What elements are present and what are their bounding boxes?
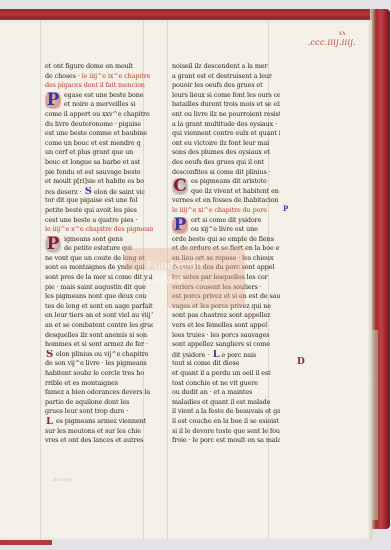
text-line: il vient a la feste de beauvais et gar: [172, 407, 280, 417]
text-line: orde beste qui se emple de fiens: [172, 235, 280, 245]
text-line: les pigmeans nont que deux cou: [45, 292, 153, 302]
text-line: habitent soubz le cercle tres ho: [45, 369, 153, 379]
line-text: est une beste comme et baubine: [45, 129, 147, 137]
text-line: sons des plumes des oysiaux et: [172, 148, 280, 158]
text-line: des pigaces dont il fait mencion: [45, 81, 153, 91]
text-line: et moult p[ri]sie et habite es bo: [45, 177, 153, 187]
line-text: rrible et es montaignes: [45, 379, 118, 387]
text-line: petite beste qui avoit les pies: [45, 206, 153, 216]
line-text: des oeufs des grues qui il ont: [172, 158, 264, 166]
line-text: sont pres de la mer si come dit ysi: [45, 273, 153, 281]
line-text: si il le devore toste que sent le fou: [172, 427, 280, 435]
text-line: noiseil ilz descendent a la mer: [172, 62, 280, 72]
folio-number: xx .ccc.iiij.iiij.: [308, 29, 356, 47]
text-line: sont es montaignes de ynde qui: [45, 263, 153, 273]
text-line: et quant il a perdu un oeil il est: [172, 369, 280, 379]
text-line: qui viennent contre eulx et quant ilz: [172, 129, 280, 139]
text-line: tor dit que pigaise est une fol: [45, 196, 153, 206]
text-line: vres et ont des lances et autres: [45, 436, 153, 446]
rubric-text: le iiij^e xi^e chapitre du pore: [172, 206, 267, 214]
line-text: petite beste qui avoit les pies: [45, 206, 137, 214]
line-text: et quant il a perdu un oeil il est: [172, 369, 271, 377]
marginal-initial-mark: P: [283, 204, 288, 213]
text-line: Les pigmeans armez viennent: [45, 417, 153, 427]
line-text: et de ordure et se fiert en la boe et: [172, 244, 280, 252]
text-line: en leur tiers an et sont viel au viij^e: [45, 311, 153, 321]
small-initial: S: [45, 350, 54, 360]
line-text: que ilz vivent et habitent en ca: [191, 187, 280, 195]
small-initial: L: [45, 417, 54, 427]
text-line: pie fendu et est sauvage beste: [45, 168, 153, 178]
line-text: ont eu victoire ilz font leur mai: [172, 139, 269, 147]
text-line: vers et les femelles sont appel: [172, 321, 280, 331]
line-text: pie · mais saint augustin dit que: [45, 283, 146, 291]
text-line: en lieu ort se repose · les chieux: [172, 254, 280, 264]
line-text: ent ou livre ilz ne pourroient resister: [172, 110, 280, 118]
text-line: que ilz vivent et habitent en ca: [191, 187, 280, 197]
rubric-text: le iiij^e ix^e chapitre: [80, 72, 151, 80]
text-line: grues leur sont trop dure ·: [45, 407, 153, 417]
text-line: es pigmeans dit aristote: [191, 177, 280, 187]
text-line: les setes par lesquelles les cor: [172, 273, 280, 283]
text-line: ent ou livre ilz ne pourroient resister: [172, 110, 280, 120]
line-text: sur les moutons et sur les chie: [45, 427, 141, 435]
decorated-initial: P: [172, 217, 188, 234]
text-line: de choses · le iiij^e ix^e chapitre: [45, 72, 153, 82]
text-line: tost conchie et ne vit guere: [172, 379, 280, 389]
manuscript-scene: xx .ccc.iiij.iiij. de la ya et ont figur…: [0, 0, 391, 550]
left-text-column: et ont figure dome en moultde choses · l…: [45, 62, 153, 446]
line-text: partie de aquilone dont les: [45, 398, 129, 406]
line-text: es pigmeans dit aristote: [191, 177, 267, 185]
line-text: sont appellez sangliers si come: [172, 340, 270, 348]
line-text: vages et les porcs privez qui ne: [172, 302, 271, 310]
rubric-text: le iiij^e x^e chapitre des pigmeans: [45, 225, 153, 233]
line-text: vernes et en fosses de lhabitacion: [172, 196, 278, 204]
line-text: a la grant multitude des oysiaux ·: [172, 120, 277, 128]
text-line: lees truies · les porcs sauvages: [172, 331, 280, 341]
line-text: qui viennent contre eulx et quant ilz: [172, 129, 280, 137]
line-text: dessus le dos du porc sont appel: [172, 263, 274, 271]
line-text: de petite estature qui: [64, 244, 132, 252]
faint-bottom-note: de la ya: [53, 477, 73, 483]
line-text: grues leur sont trop dure ·: [45, 407, 128, 415]
text-line: Selon plinius ou vij^e chapitre: [45, 350, 153, 360]
text-line: vernes et en fosses de lhabitacion: [172, 196, 280, 206]
line-text: hommes et si sont armez de fer ·: [45, 340, 148, 348]
text-line: et ont figure dome en moult: [45, 62, 153, 72]
line-text: leurs lieux si come font les ours ces: [172, 91, 280, 99]
line-text: veriers cousent les souliers ·: [172, 283, 262, 291]
line-text: noiseil ilz descendent a la mer: [172, 62, 267, 70]
line-text: vers et les femelles sont appel: [172, 321, 267, 329]
line-text: tes de long et sont en aage parfait: [45, 302, 153, 310]
line-text: ou dudit an · et a maintes: [172, 388, 252, 396]
text-line: sont pas chastrez sont appellez: [172, 311, 280, 321]
text-line: vages et les porcs privez qui ne: [172, 302, 280, 312]
line-text: res deserz ·: [45, 188, 81, 196]
ruling-line: [40, 20, 41, 540]
text-line: maladies et quant il est malade: [172, 398, 280, 408]
line-text: vres et ont des lances et autres: [45, 436, 143, 444]
line-text: sont es montaignes de ynde qui: [45, 263, 144, 271]
text-line: desconfites si come dit plinius ·: [172, 168, 280, 178]
line-text: famez a bien odorances devers la: [45, 388, 150, 396]
line-text: habitent soubz le cercle tres ho: [45, 369, 144, 377]
small-initial: S: [81, 187, 92, 197]
text-line: res deserz · Selon de saint vic: [45, 187, 153, 197]
decorated-initial: P: [45, 236, 61, 253]
text-line: batailles durent trois mois et se elz av…: [172, 100, 280, 110]
text-line: ou dudit an · et a maintes: [172, 388, 280, 398]
text-line: froie · le porc est moult en sa maladie: [172, 436, 280, 446]
text-line: sont pres de la mer si come dit ysi: [45, 273, 153, 283]
decorated-initial: C: [172, 178, 188, 195]
text-line: pie · mais saint augustin dit que: [45, 283, 153, 293]
line-text: en lieu ort se repose · les chieux: [172, 254, 273, 262]
line-text: bouc et longue sa barbe et ast: [45, 158, 140, 166]
line-text: come il appert ou xxv^e chapitre: [45, 110, 150, 118]
text-line: sur les moutons et sur les chie: [45, 427, 153, 437]
text-line: de petite estature qui: [64, 244, 153, 254]
line-text: est porcs privez et si en est de sau: [172, 292, 280, 300]
text-line: famez a bien odorances devers la: [45, 388, 153, 398]
line-text: de son vij^e livre · les pigmeans: [45, 359, 147, 367]
line-text: les pigmeans nont que deux cou: [45, 292, 146, 300]
line-text: desconfites si come dit plinius ·: [172, 168, 271, 176]
text-line: est porcs privez et si en est de sau: [172, 292, 280, 302]
line-text: ne vont que un coute de long et: [45, 254, 145, 262]
line-text: batailles durent trois mois et se elz av…: [172, 100, 280, 108]
text-line: a grant ost et destruisent a leur: [172, 72, 280, 82]
line-text: du livre deuteronome · pigaise: [45, 120, 141, 128]
text-line: tout si come dit diose: [172, 359, 280, 369]
line-text: e porc nais: [222, 351, 257, 359]
text-line: come il appert ou xxv^e chapitre: [45, 110, 153, 120]
text-line: egase est une beste bone: [64, 91, 153, 101]
line-text: dit ysidore ·: [172, 351, 209, 359]
decorated-initial: P: [45, 92, 61, 109]
line-text: de choses ·: [45, 72, 80, 80]
line-text: igmeans sont gens: [64, 235, 123, 243]
text-line: bouc et longue sa barbe et ast: [45, 158, 153, 168]
line-text: en leur tiers an et sont viel au viij^e: [45, 311, 153, 319]
text-line: ont eu victoire ilz font leur mai: [172, 139, 280, 149]
text-line: si il le devore toste que sent le fou: [172, 427, 280, 437]
line-text: ort si come dit ysidore: [191, 216, 261, 224]
line-text: elon plinius ou vij^e chapitre: [56, 350, 148, 358]
line-text: elon de saint vic: [94, 188, 145, 196]
text-line: et noire a merveilles si: [64, 100, 153, 110]
text-line: igmeans sont gens: [64, 235, 153, 245]
line-text: a grant ost et destruisent a leur: [172, 72, 272, 80]
line-text: tout si come dit diose: [172, 359, 239, 367]
line-text: lees truies · les porcs sauvages: [172, 331, 269, 339]
text-line: ou xij^e livre est une: [191, 225, 280, 235]
text-line: desquelles ilz sont anemis si son: [45, 331, 153, 341]
line-text: sons des plumes des oysiaux et: [172, 148, 270, 156]
line-text: cest une beste a quatre pies ·: [45, 216, 137, 224]
line-text: froie · le porc est moult en sa maladie: [172, 436, 280, 444]
line-text: il vient a la feste de beauvais et gar: [172, 407, 280, 415]
folio-superscript: xx: [308, 29, 346, 38]
line-text: ou xij^e livre est une: [191, 225, 258, 233]
folio-number-text: .ccc.iiij.iiij.: [308, 38, 356, 47]
line-text: pouoir les oeufs des grues et: [172, 81, 263, 89]
text-line: hommes et si sont armez de fer ·: [45, 340, 153, 350]
text-line: dessus le dos du porc sont appel: [172, 263, 280, 273]
text-line: an et se combatent contre les grues: [45, 321, 153, 331]
text-line: leurs lieux si come font les ours ces: [172, 91, 280, 101]
line-text: et moult p[ri]sie et habite es bo: [45, 177, 144, 185]
text-line: le iiij^e xi^e chapitre du pore: [172, 206, 280, 216]
line-text: il est couche en la boe il se esioist: [172, 417, 279, 425]
text-line: le iiij^e x^e chapitre des pigmeans: [45, 225, 153, 235]
line-text: tost conchie et ne vit guere: [172, 379, 258, 387]
text-line: dit ysidore · Le porc nais: [172, 350, 280, 360]
text-line: come un bouc et est mendre q: [45, 139, 153, 149]
right-text-column: noiseil ilz descendent a la mera grant o…: [172, 62, 280, 446]
line-text: pie fendu et est sauvage beste: [45, 168, 141, 176]
text-line: tes de long et sont en aage parfait: [45, 302, 153, 312]
text-line: pouoir les oeufs des grues et: [172, 81, 280, 91]
line-text: et noire a merveilles si: [64, 100, 136, 108]
ruling-line: [167, 20, 168, 540]
text-line: un cerf et plus grant que un: [45, 148, 153, 158]
text-line: est une beste comme et baubine: [45, 129, 153, 139]
text-line: il est couche en la boe il se esioist: [172, 417, 280, 427]
text-line: ne vont que un coute de long et: [45, 254, 153, 264]
line-text: et ont figure dome en moult: [45, 62, 133, 70]
line-text: egase est une beste bone: [64, 91, 143, 99]
line-text: an et se combatent contre les grues: [45, 321, 153, 329]
line-text: orde beste qui se emple de fiens: [172, 235, 274, 243]
text-line: sont appellez sangliers si come: [172, 340, 280, 350]
binding-bottom-edge: [0, 540, 52, 545]
rubric-text: des pigaces dont il fait mencion: [45, 81, 145, 89]
text-line: des oeufs des grues qui il ont: [172, 158, 280, 168]
text-line: du livre deuteronome · pigaise: [45, 120, 153, 130]
line-text: les setes par lesquelles les cor: [172, 273, 268, 281]
text-line: de son vij^e livre · les pigmeans: [45, 359, 153, 369]
line-text: maladies et quant il est malade: [172, 398, 270, 406]
small-initial: L: [209, 350, 219, 360]
page-fore-edge: [372, 330, 378, 520]
text-line: a la grant multitude des oysiaux ·: [172, 120, 280, 130]
line-text: sont pas chastrez sont appellez: [172, 311, 270, 319]
text-line: et de ordure et se fiert en la boe et: [172, 244, 280, 254]
line-text: come un bouc et est mendre q: [45, 139, 140, 147]
line-text: es pigmeans armez viennent: [56, 417, 146, 425]
line-text: desquelles ilz sont anemis si son: [45, 331, 147, 339]
line-text: un cerf et plus grant que un: [45, 148, 133, 156]
text-line: ort si come dit ysidore: [191, 216, 280, 226]
text-line: cest une beste a quatre pies ·: [45, 216, 153, 226]
text-line: veriers cousent les souliers ·: [172, 283, 280, 293]
text-line: partie de aquilone dont les: [45, 398, 153, 408]
text-line: rrible et es montaignes: [45, 379, 153, 389]
line-text: tor dit que pigaise est une fol: [45, 196, 137, 204]
marginal-initial-mark: D: [297, 357, 305, 367]
